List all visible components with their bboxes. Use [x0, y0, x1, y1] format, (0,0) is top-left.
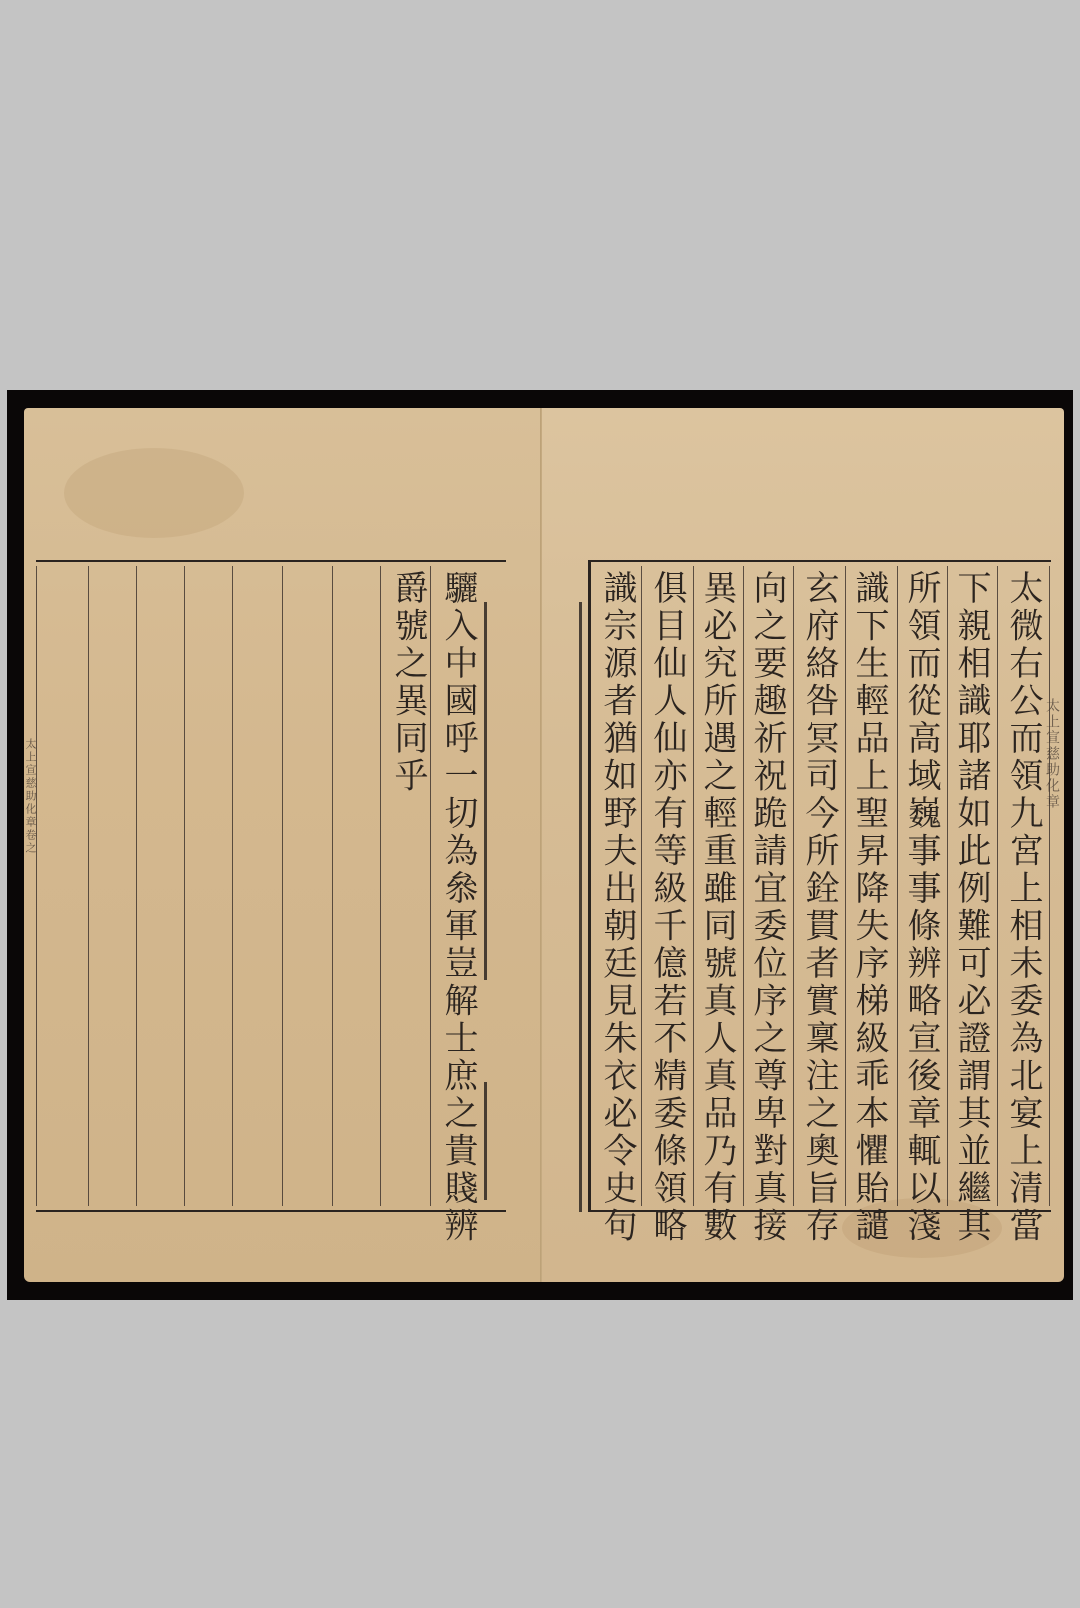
- column-rule: [641, 566, 642, 1206]
- column-rule: [693, 566, 694, 1206]
- column-rule: [282, 566, 283, 1206]
- column-rule: [897, 566, 898, 1206]
- text-column-8: 俱目仙人仙亦有等級千億若不精委條領略: [645, 570, 689, 1245]
- column-rule-heavy: [484, 1082, 487, 1200]
- column-rule: [136, 566, 137, 1206]
- text-column-2: 下親相識耶諸如此例難可必證謂其並繼其: [949, 570, 993, 1245]
- column-rule: [332, 566, 333, 1206]
- text-column-5: 玄府絡咎冥司今所銓貫者實稟注之奧旨存: [797, 570, 841, 1245]
- column-rule: [947, 566, 948, 1206]
- text-column-4: 識下生輕品上聖昇降失序梯級乖本懼貽譴: [847, 570, 891, 1245]
- column-rule: [997, 566, 998, 1206]
- column-rule: [793, 566, 794, 1206]
- column-rule-heavy: [579, 602, 582, 1212]
- text-column-1: 太微右公而領九宮上相未委為北宴上清當: [1001, 570, 1045, 1245]
- column-rule: [232, 566, 233, 1206]
- text-column-9: 識宗源者猶如野夫出朝廷見朱衣必令史句: [595, 570, 639, 1245]
- text-column-7: 異必究所遇之輕重雖同號真人真品乃有數: [695, 570, 739, 1245]
- left-text-block: 驪入中國呼一切為叅軍豈解士庶之貴賤辨 爵號之異同乎: [36, 560, 506, 1212]
- column-rule-heavy: [484, 602, 487, 980]
- scan-frame: 太上宣慈助化章卷之 驪入中國呼一切為叅軍豈解士庶之貴賤辨 爵號之異同乎 太上宣慈…: [7, 390, 1073, 1300]
- column-rule: [845, 566, 846, 1206]
- column-rule: [430, 566, 431, 1206]
- column-rule: [743, 566, 744, 1206]
- text-column-3: 所領而從高域巍事事條辨略宣後章輒以淺: [899, 570, 943, 1245]
- column-rule: [380, 566, 381, 1206]
- text-column-1: 驪入中國呼一切為叅軍豈解士庶之貴賤辨: [436, 570, 480, 1245]
- text-column-6: 向之要趣祈祝跪請宜委位序之尊卑對真接: [745, 570, 789, 1245]
- paper-stain: [64, 448, 244, 538]
- column-rule: [36, 566, 37, 1206]
- text-column-2: 爵號之異同乎: [386, 570, 430, 795]
- right-text-block: 太微右公而領九宮上相未委為北宴上清當 下親相識耶諸如此例難可必證謂其並繼其 所領…: [588, 560, 1051, 1212]
- column-rule: [184, 566, 185, 1206]
- column-rule: [88, 566, 89, 1206]
- left-page: 太上宣慈助化章卷之 驪入中國呼一切為叅軍豈解士庶之貴賤辨 爵號之異同乎: [24, 408, 542, 1282]
- column-rule: [1049, 566, 1050, 1206]
- right-page: 太上宣慈助化章 太微右公而領九宮上相未委為北宴上清當 下親相識耶諸如此例難可必證…: [542, 408, 1064, 1282]
